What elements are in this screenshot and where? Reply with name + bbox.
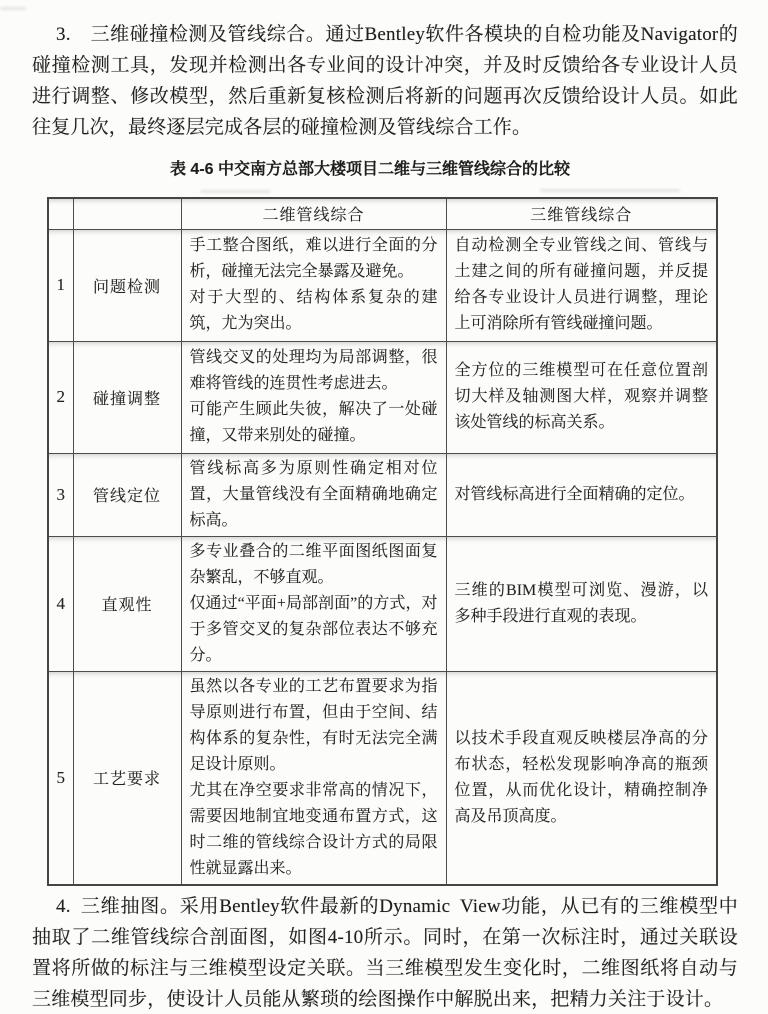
row-number: 5 <box>48 671 73 885</box>
scan-artifact <box>540 189 680 192</box>
cell-paragraph: 对于大型的、结构体系复杂的建筑，尤为突出。 <box>190 285 438 337</box>
body-paragraph-3: 3. 三维碰撞检测及管线综合。通过Bentley软件各模块的自检功能及Navig… <box>32 19 738 143</box>
cell-paragraph: 可能产生顾此失彼，解决了一处碰撞，又带来别处的碰撞。 <box>190 397 438 449</box>
table-row-pipeline-positioning: 3 管线定位 管线标高多为原则性确定相对位置，大量管线没有全面精确地确定标高。 … <box>48 453 717 536</box>
row-number: 4 <box>48 536 73 671</box>
table-row-intuitiveness: 4 直观性 多专业叠合的二维平面图纸图面复杂繁乱，不够直观。 仅通过“平面+局部… <box>48 536 717 671</box>
cell-2d: 多专业叠合的二维平面图纸图面复杂繁乱，不够直观。 仅通过“平面+局部剖面”的方式… <box>181 536 446 671</box>
table-row-problem-detection: 1 问题检测 手工整合图纸，难以进行全面的分析，碰撞无法完全暴露及避免。 对于大… <box>48 229 717 341</box>
cell-paragraph: 管线标高多为原则性确定相对位置，大量管线没有全面精确地确定标高。 <box>190 456 438 534</box>
cell-3d: 自动检测全专业管线之间、管线与土建之间的所有碰撞问题，并反提给各专业设计人员进行… <box>446 229 717 341</box>
cell-3d: 对管线标高进行全面精确的定位。 <box>446 453 717 536</box>
scan-artifact <box>200 190 270 193</box>
cell-paragraph: 仅通过“平面+局部剖面”的方式，对于多管交叉的复杂部位表达不够充分。 <box>190 591 438 669</box>
row-category: 碰撞调整 <box>73 341 181 453</box>
row-category: 直观性 <box>73 536 181 671</box>
cell-3d: 以技术手段直观反映楼层净高的分布状态，轻松发现影响净高的瓶颈位置，从而优化设计，… <box>446 671 717 885</box>
cell-3d: 全方位的三维模型可在任意位置剖切大样及轴测图大样，观察并调整该处管线的标高关系。 <box>446 341 717 453</box>
header-cell-3d: 三维管线综合 <box>446 198 717 229</box>
cell-paragraph: 对管线标高进行全面精确的定位。 <box>455 482 709 508</box>
document-page: 3. 三维碰撞检测及管线综合。通过Bentley软件各模块的自检功能及Navig… <box>0 0 768 1014</box>
cell-2d: 管线标高多为原则性确定相对位置，大量管线没有全面精确地确定标高。 <box>181 453 446 536</box>
table-row-collision-adjustment: 2 碰撞调整 管线交叉的处理均为局部调整，很难将管线的连贯性考虑进去。 可能产生… <box>48 341 717 453</box>
cell-paragraph: 虽然以各专业的工艺布置要求为指导原则进行布置，但由于空间、结构体系的复杂性，有时… <box>190 674 438 778</box>
cell-3d: 三维的BIM模型可浏览、漫游，以多种手段进行直观的表现。 <box>446 536 717 671</box>
cell-2d: 虽然以各专业的工艺布置要求为指导原则进行布置，但由于空间、结构体系的复杂性，有时… <box>181 671 446 885</box>
table-caption: 表 4-6 中交南方总部大楼项目二维与三维管线综合的比较 <box>0 159 740 181</box>
row-number: 3 <box>48 453 73 536</box>
cell-2d: 管线交叉的处理均为局部调整，很难将管线的连贯性考虑进去。 可能产生顾此失彼，解决… <box>181 341 446 453</box>
row-number: 1 <box>48 229 73 341</box>
body-paragraph-4: 4. 三维抽图。采用Bentley软件最新的Dynamic View功能，从已有… <box>32 891 738 1014</box>
cell-2d: 手工整合图纸，难以进行全面的分析，碰撞无法完全暴露及避免。 对于大型的、结构体系… <box>181 229 446 341</box>
comparison-table: 二维管线综合 三维管线综合 1 问题检测 手工整合图纸，难以进行全面的分析，碰撞… <box>47 197 718 886</box>
row-category: 问题检测 <box>73 229 181 341</box>
cell-paragraph: 多专业叠合的二维平面图纸图面复杂繁乱，不够直观。 <box>190 539 438 591</box>
cell-paragraph: 三维的BIM模型可浏览、漫游，以多种手段进行直观的表现。 <box>455 578 709 630</box>
cell-paragraph: 手工整合图纸，难以进行全面的分析，碰撞无法完全暴露及避免。 <box>190 233 438 285</box>
cell-paragraph: 尤其在净空要求非常高的情况下，需要因地制宜地变通布置方式，这时二维的管线综合设计… <box>190 778 438 882</box>
cell-paragraph: 以技术手段直观反映楼层净高的分布状态，轻松发现影响净高的瓶颈位置，从而优化设计，… <box>455 726 709 830</box>
row-category: 管线定位 <box>73 453 181 536</box>
table-row-process-requirements: 5 工艺要求 虽然以各专业的工艺布置要求为指导原则进行布置，但由于空间、结构体系… <box>48 671 717 885</box>
row-category: 工艺要求 <box>73 671 181 885</box>
scan-artifact <box>0 7 26 10</box>
header-cell-2d: 二维管线综合 <box>181 198 446 229</box>
header-cell-empty-category <box>73 198 181 229</box>
header-cell-empty-num <box>48 198 73 229</box>
table-header-row: 二维管线综合 三维管线综合 <box>48 198 717 229</box>
row-number: 2 <box>48 341 73 453</box>
cell-paragraph: 管线交叉的处理均为局部调整，很难将管线的连贯性考虑进去。 <box>190 345 438 397</box>
cell-paragraph: 全方位的三维模型可在任意位置剖切大样及轴测图大样，观察并调整该处管线的标高关系。 <box>455 358 709 436</box>
cell-paragraph: 自动检测全专业管线之间、管线与土建之间的所有碰撞问题，并反提给各专业设计人员进行… <box>455 233 709 337</box>
